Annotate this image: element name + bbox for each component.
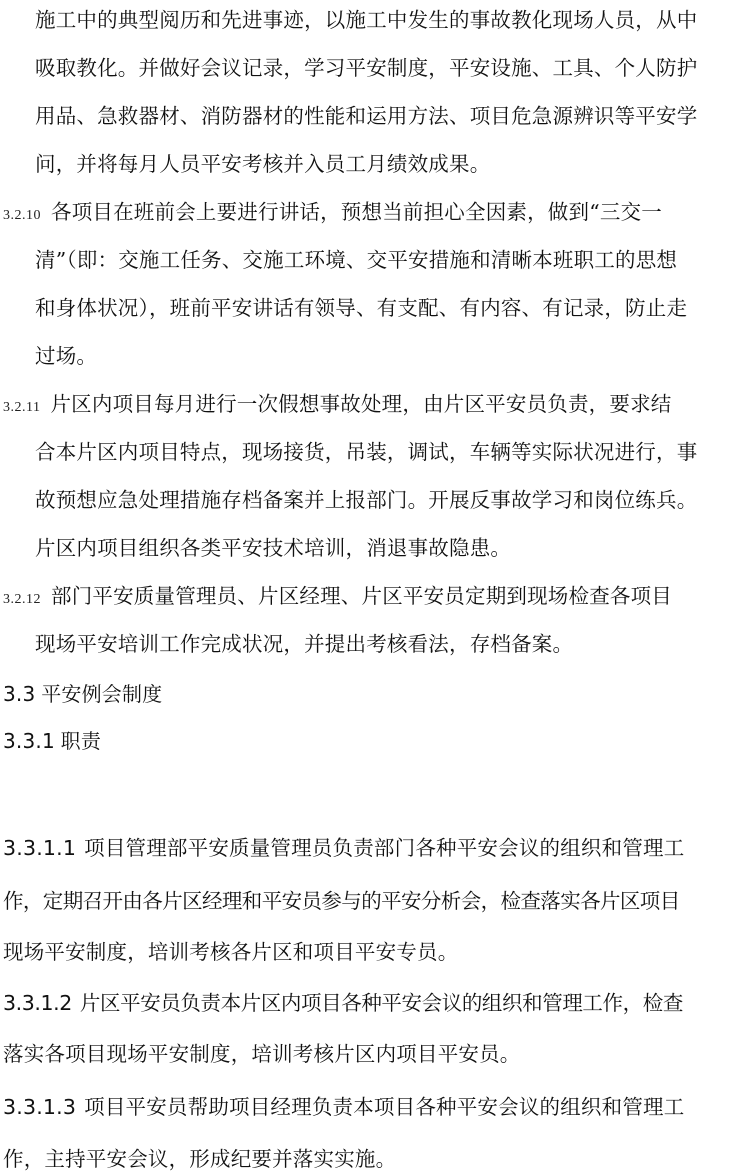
text-line: 现场平安培训工作完成状况，并提出考核看法，存档备案。 (35, 630, 573, 658)
text-line: 清”（即：交施工任务、交施工环境、交平安措施和清晰本班职工的思想 (35, 246, 677, 274)
clause-text: 项目管理部平安质量管理员负责部门各种平安会议的组织和管理工 (84, 836, 684, 860)
text-line: 问，并将每月人员平安考核并入员工月绩效成果。 (35, 150, 490, 178)
heading-title: 平安例会制度 (41, 684, 162, 706)
clause-text: 各项目在班前会上要进行讲话，预想当前担心全因素，做到“三交一 (51, 200, 662, 224)
clause-number: 3.3.1.2 (3, 991, 72, 1015)
clause-number: 3.3.1.3 (3, 1095, 76, 1119)
text-line: 合本片区内项目特点，现场接货，吊装，调试，车辆等实际状况进行，事 (35, 438, 697, 466)
heading-number: 3.3 (3, 682, 35, 706)
clause-text: 片区平安员负责本片区内项目各种平安会议的组织和管理工作，检查 (80, 991, 683, 1015)
text-line: 和身体状况），班前平安讲话有领导、有支配、有内容、有记录，防止走 (35, 294, 687, 322)
text-line: 3.2.10各项目在班前会上要进行讲话，预想当前担心全因素，做到“三交一 (3, 198, 662, 230)
text-line: 3.3.1.2片区平安员负责本片区内项目各种平安会议的组织和管理工作，检查 (3, 989, 683, 1017)
text-line: 用品、急救器材、消防器材的性能和运用方法、项目危急源辨识等平安学 (35, 102, 697, 130)
text-line: 作，定期召开由各片区经理和平安员参与的平安分析会，检查落实各片区项目 (3, 887, 680, 915)
clause-number: 3.2.11 (3, 400, 40, 415)
text-line: 落实各项目现场平安制度，培训考核片区内项目平安员。 (3, 1040, 521, 1068)
clause-number: 3.2.12 (3, 592, 41, 607)
heading-title: 职责 (61, 731, 101, 753)
text-line: 施工中的典型阅历和先进事迹，以施工中发生的事故教化现场人员，从中 (35, 6, 697, 34)
text-line: 过场。 (35, 342, 97, 370)
text-line: 3.2.12部门平安质量管理员、片区经理、片区平安员定期到现场检查各项目 (3, 582, 672, 614)
text-line: 3.3.1.1项目管理部平安质量管理员负责部门各种平安会议的组织和管理工 (3, 834, 684, 862)
text-line: 吸取教化。并做好会议记录，学习平安制度，平安设施、工具、个人防护 (35, 54, 697, 82)
clause-text: 片区内项目每月进行一次假想事故处理，由片区平安员负责，要求结 (50, 392, 671, 416)
clause-text: 项目平安员帮助项目经理负责本项目各种平安会议的组织和管理工 (84, 1095, 684, 1119)
section-heading-3-3-1: 3.3.1 职责 (3, 727, 101, 756)
text-line: 3.2.11片区内项目每月进行一次假想事故处理，由片区平安员负责，要求结 (3, 390, 671, 422)
clause-number: 3.2.10 (3, 208, 41, 223)
text-line: 片区内项目组织各类平安技术培训，消退事故隐患。 (35, 534, 511, 562)
clause-number: 3.3.1.1 (3, 836, 76, 860)
text-line: 作，主持平安会议，形成纪要并落实实施。 (3, 1145, 396, 1173)
heading-number: 3.3.1 (3, 729, 55, 753)
section-heading-3-3: 3.3 平安例会制度 (3, 680, 162, 709)
clause-text: 部门平安质量管理员、片区经理、片区平安员定期到现场检查各项目 (51, 584, 672, 608)
text-line: 3.3.1.3项目平安员帮助项目经理负责本项目各种平安会议的组织和管理工 (3, 1093, 684, 1121)
text-line: 故预想应急处理措施存档备案并上报部门。开展反事故学习和岗位练兵。 (35, 486, 697, 514)
text-line: 现场平安制度，培训考核各片区和项目平安专员。 (3, 938, 458, 966)
